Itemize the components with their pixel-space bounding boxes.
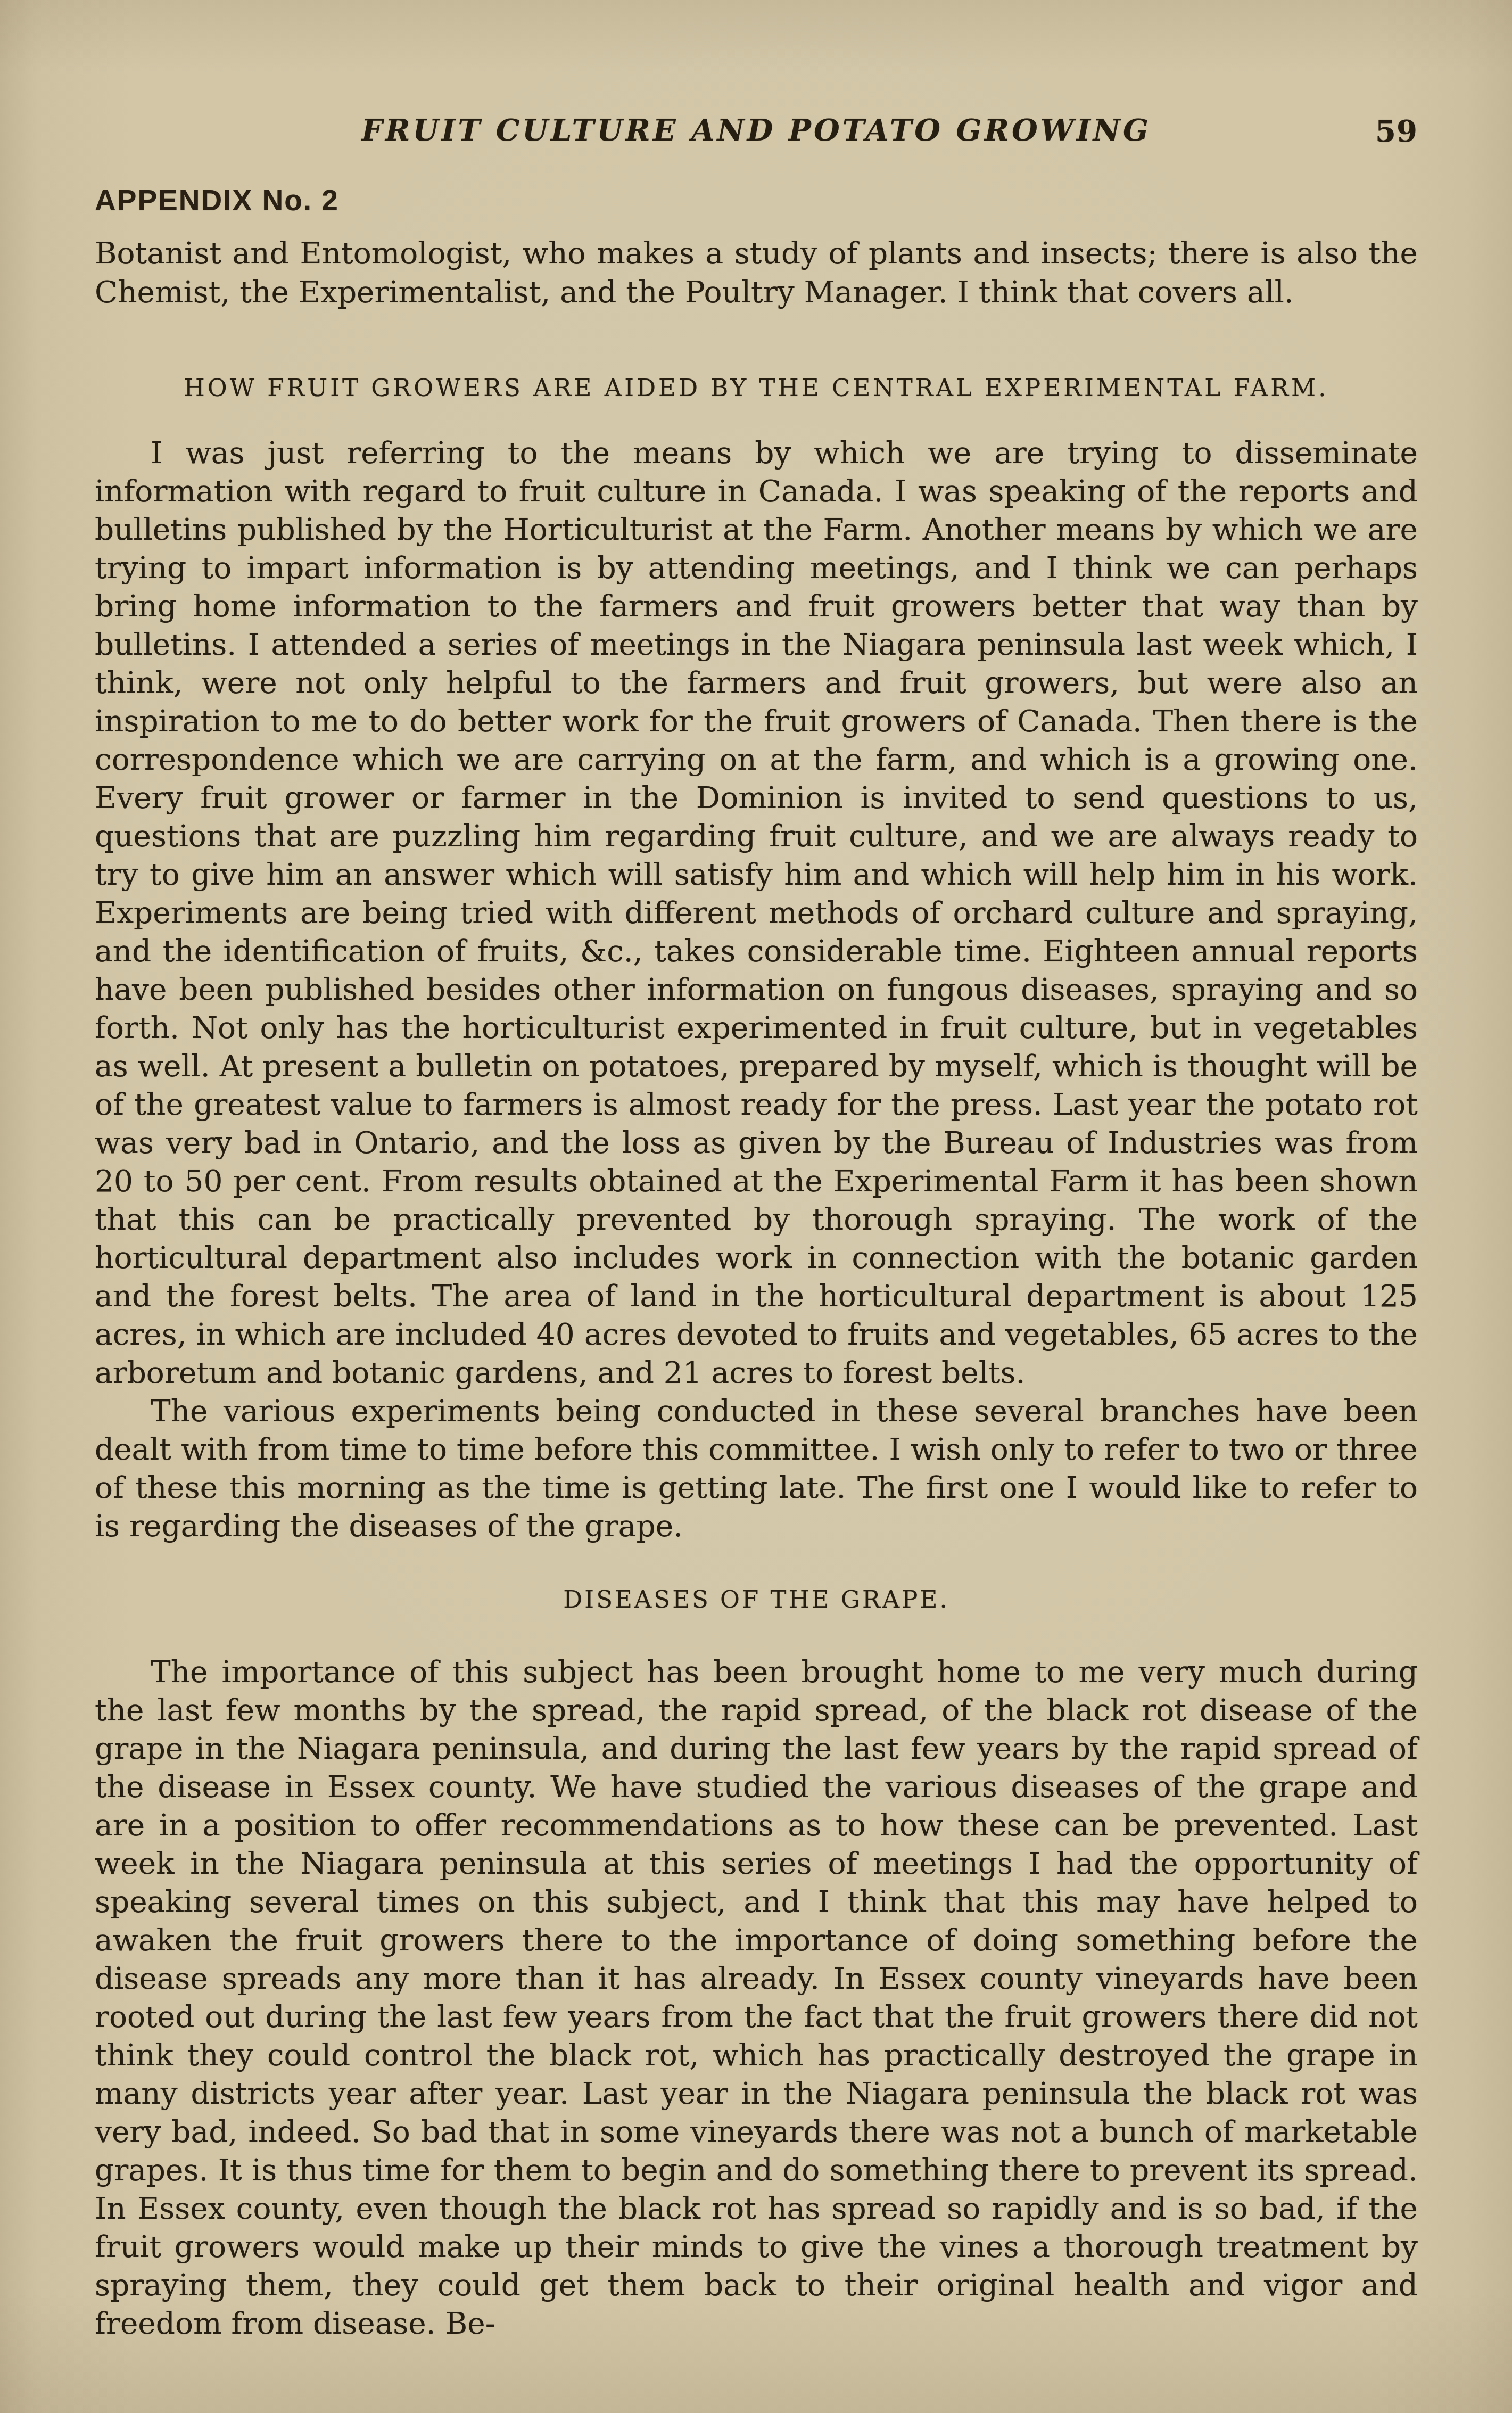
intro-paragraph: Botanist and Entomologist, who makes a s… — [95, 234, 1418, 312]
paragraph: The various experiments being conducted … — [95, 1393, 1418, 1546]
paragraph: I was just referring to the means by whi… — [95, 434, 1418, 1393]
section-heading-grape-diseases: DISEASES OF THE GRAPE. — [95, 1585, 1418, 1613]
appendix-heading: APPENDIX No. 2 — [95, 183, 339, 217]
page-number: 59 — [1375, 114, 1418, 149]
page-header: FRUIT CULTURE AND POTATO GROWING 59 — [95, 113, 1418, 148]
paragraph: The importance of this subject has been … — [95, 1653, 1418, 2343]
running-title: FRUIT CULTURE AND POTATO GROWING — [361, 113, 1151, 148]
section-heading-fruit-growers: HOW FRUIT GROWERS ARE AIDED BY THE CENTR… — [95, 374, 1418, 402]
scanned-page: FRUIT CULTURE AND POTATO GROWING 59 APPE… — [0, 0, 1512, 2413]
section-body-fruit-growers: I was just referring to the means by whi… — [95, 434, 1418, 1546]
page-content: FRUIT CULTURE AND POTATO GROWING 59 APPE… — [95, 0, 1418, 2413]
